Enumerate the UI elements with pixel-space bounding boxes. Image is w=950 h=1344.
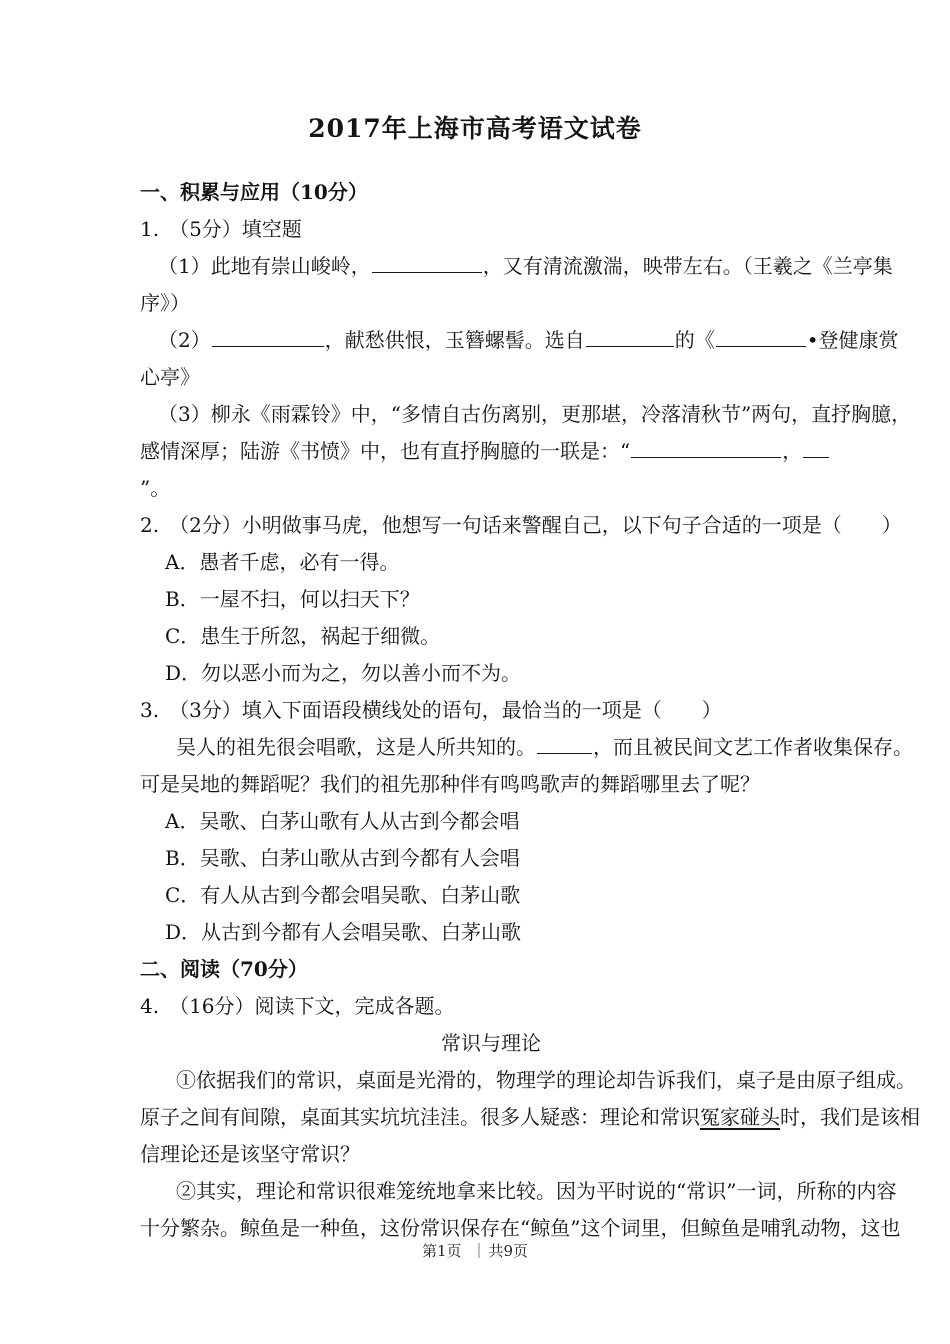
document-body: 一、积累与应用（10分）1. （5分）填空题（1）此地有崇山峻岭，，又有清流激湍…: [140, 174, 842, 1247]
footer-separator: ｜: [471, 1242, 486, 1260]
choice-option: C．患生于所忽，祸起于细微。: [140, 618, 842, 655]
continuation-line: 感情深厚；陆游《书愤》中，也有直抒胸臆的一联是：“，: [140, 433, 842, 470]
text-run: B．一屋不扫，何以扫天下？: [165, 587, 420, 611]
paragraph-line: 吴人的祖先很会唱歌，这是人所共知的。，而且被民间文艺工作者收集保存。: [140, 729, 842, 766]
continuation-line: 序》）: [140, 285, 842, 322]
question-stem: 2. （2分）小明做事马虎，他想写一句话来警醒自己，以下句子合适的一项是（ ）: [140, 507, 842, 544]
question-stem: 1. （5分）填空题: [140, 211, 842, 248]
text-run: 可是吴地的舞蹈呢？我们的祖先那种伴有鸣鸣歌声的舞蹈哪里去了呢？: [140, 772, 760, 796]
text-run: C．有人从古到今都会唱吴歌、白茅山歌: [165, 883, 520, 907]
continuation-line: ”。: [140, 470, 842, 507]
text-run: （1）此地有崇山峻岭，: [158, 254, 371, 278]
text-run: 心亭》: [140, 365, 200, 389]
blank-underline: [631, 437, 781, 458]
section-heading: 一、积累与应用（10分）: [140, 174, 842, 211]
text-run: ①依据我们的常识，桌面是光滑的，物理学的理论却告诉我们，桌子是由原子组成。: [176, 1068, 916, 1092]
text-run: ，又有清流激湍，映带左右。（王羲之《兰亭集: [483, 254, 893, 278]
text-run: ②其实，理论和常识很难笼统地拿来比较。因为平时说的“常识”一词，所称的内容: [176, 1179, 896, 1203]
text-run: 序》）: [140, 291, 190, 315]
paragraph-line: ②其实，理论和常识很难笼统地拿来比较。因为平时说的“常识”一词，所称的内容: [140, 1173, 842, 1210]
text-run: ”。: [140, 476, 170, 500]
blank-underline: [537, 733, 592, 754]
blank-underline: [716, 326, 806, 347]
text-run: D．勿以恶小而为之，勿以善小而不为。: [165, 661, 521, 685]
text-run: C．患生于所忽，祸起于细微。: [165, 624, 440, 648]
page-footer: 第1页｜共9页: [0, 1240, 950, 1261]
blank-underline: [803, 437, 829, 458]
text-run: ，而且被民间文艺工作者收集保存。: [593, 735, 913, 759]
text-run: 4. （16分）阅读下文，完成各题。: [140, 994, 455, 1018]
paragraph-line: ①依据我们的常识，桌面是光滑的，物理学的理论却告诉我们，桌子是由原子组成。: [140, 1062, 842, 1099]
text-run: 2. （2分）小明做事马虎，他想写一句话来警醒自己，以下句子合适的一项是（ ）: [140, 513, 902, 537]
blank-underline: [586, 326, 674, 347]
text-run: A．愚者千虑，必有一得。: [165, 550, 399, 574]
exam-paper-page: 2017年上海市高考语文试卷 一、积累与应用（10分）1. （5分）填空题（1）…: [0, 0, 950, 1344]
continuation-line: 心亭》: [140, 359, 842, 396]
sub-question-line: （3）柳永《雨霖铃》中，“多情自古伤离别，更那堪，冷落清秋节”两句，直抒胸臆，: [140, 396, 842, 433]
underlined-phrase: 冤家碰头: [700, 1105, 780, 1129]
text-run: 信理论还是该坚守常识？: [140, 1142, 360, 1166]
choice-option: B．吴歌、白茅山歌从古到今都有人会唱: [140, 840, 842, 877]
text-run: D．从古到今都有人会唱吴歌、白茅山歌: [165, 920, 521, 944]
choice-option: D．从古到今都有人会唱吴歌、白茅山歌: [140, 914, 842, 951]
continuation-line: 原子之间有间隙，桌面其实坑坑洼洼。很多人疑惑：理论和常识冤家碰头时，我们是该相: [140, 1099, 842, 1136]
choice-option: A．吴歌、白茅山歌有人从古到今都会唱: [140, 803, 842, 840]
continuation-line: 可是吴地的舞蹈呢？我们的祖先那种伴有鸣鸣歌声的舞蹈哪里去了呢？: [140, 766, 842, 803]
text-run: ，献愁供恨，玉簪螺髻。选自: [325, 328, 585, 352]
text-run: B．吴歌、白茅山歌从古到今都有人会唱: [165, 846, 520, 870]
choice-option: A．愚者千虑，必有一得。: [140, 544, 842, 581]
choice-option: D．勿以恶小而为之，勿以善小而不为。: [140, 655, 842, 692]
question-stem: 3. （3分）填入下面语段横线处的语句，最恰当的一项是（ ）: [140, 692, 842, 729]
footer-total-pages: 共9页: [489, 1242, 529, 1260]
text-run: •登健康赏: [807, 328, 899, 352]
text-run: 二、阅读（70分）: [140, 957, 308, 981]
text-run: ，: [782, 439, 802, 463]
text-run: 感情深厚；陆游《书愤》中，也有直抒胸臆的一联是：“: [140, 439, 630, 463]
sub-question-line: （2），献愁供恨，玉簪螺髻。选自的《•登健康赏: [140, 322, 842, 359]
text-run: 时，我们是该相: [780, 1105, 920, 1129]
text-run: A．吴歌、白茅山歌有人从古到今都会唱: [165, 809, 519, 833]
sub-question-line: （1）此地有崇山峻岭，，又有清流激湍，映带左右。（王羲之《兰亭集: [140, 248, 842, 285]
text-run: 原子之间有间隙，桌面其实坑坑洼洼。很多人疑惑：理论和常识: [140, 1105, 700, 1129]
text-run: 一、积累与应用（10分）: [140, 180, 368, 204]
page-title: 2017年上海市高考语文试卷: [0, 0, 950, 150]
text-run: 1. （5分）填空题: [140, 217, 302, 241]
text-run: 十分繁杂。鲸鱼是一种鱼，这份常识保存在“鲸鱼”这个词里，但鲸鱼是哺乳动物，这也: [140, 1216, 900, 1240]
text-run: 常识与理论: [441, 1031, 541, 1055]
choice-option: B．一屋不扫，何以扫天下？: [140, 581, 842, 618]
text-run: （3）柳永《雨霖铃》中，“多情自古伤离别，更那堪，冷落清秋节”两句，直抒胸臆，: [158, 402, 911, 426]
continuation-line: 信理论还是该坚守常识？: [140, 1136, 842, 1173]
section-heading: 二、阅读（70分）: [140, 951, 842, 988]
choice-option: C．有人从古到今都会唱吴歌、白茅山歌: [140, 877, 842, 914]
text-run: 3. （3分）填入下面语段横线处的语句，最恰当的一项是（ ）: [140, 698, 722, 722]
text-run: 的《: [675, 328, 715, 352]
blank-underline: [212, 326, 324, 347]
footer-page-number: 第1页: [422, 1242, 462, 1260]
text-run: 吴人的祖先很会唱歌，这是人所共知的。: [176, 735, 536, 759]
text-run: （2）: [158, 328, 211, 352]
question-stem: 4. （16分）阅读下文，完成各题。: [140, 988, 842, 1025]
passage-title: 常识与理论: [140, 1025, 842, 1062]
blank-underline: [372, 252, 482, 273]
